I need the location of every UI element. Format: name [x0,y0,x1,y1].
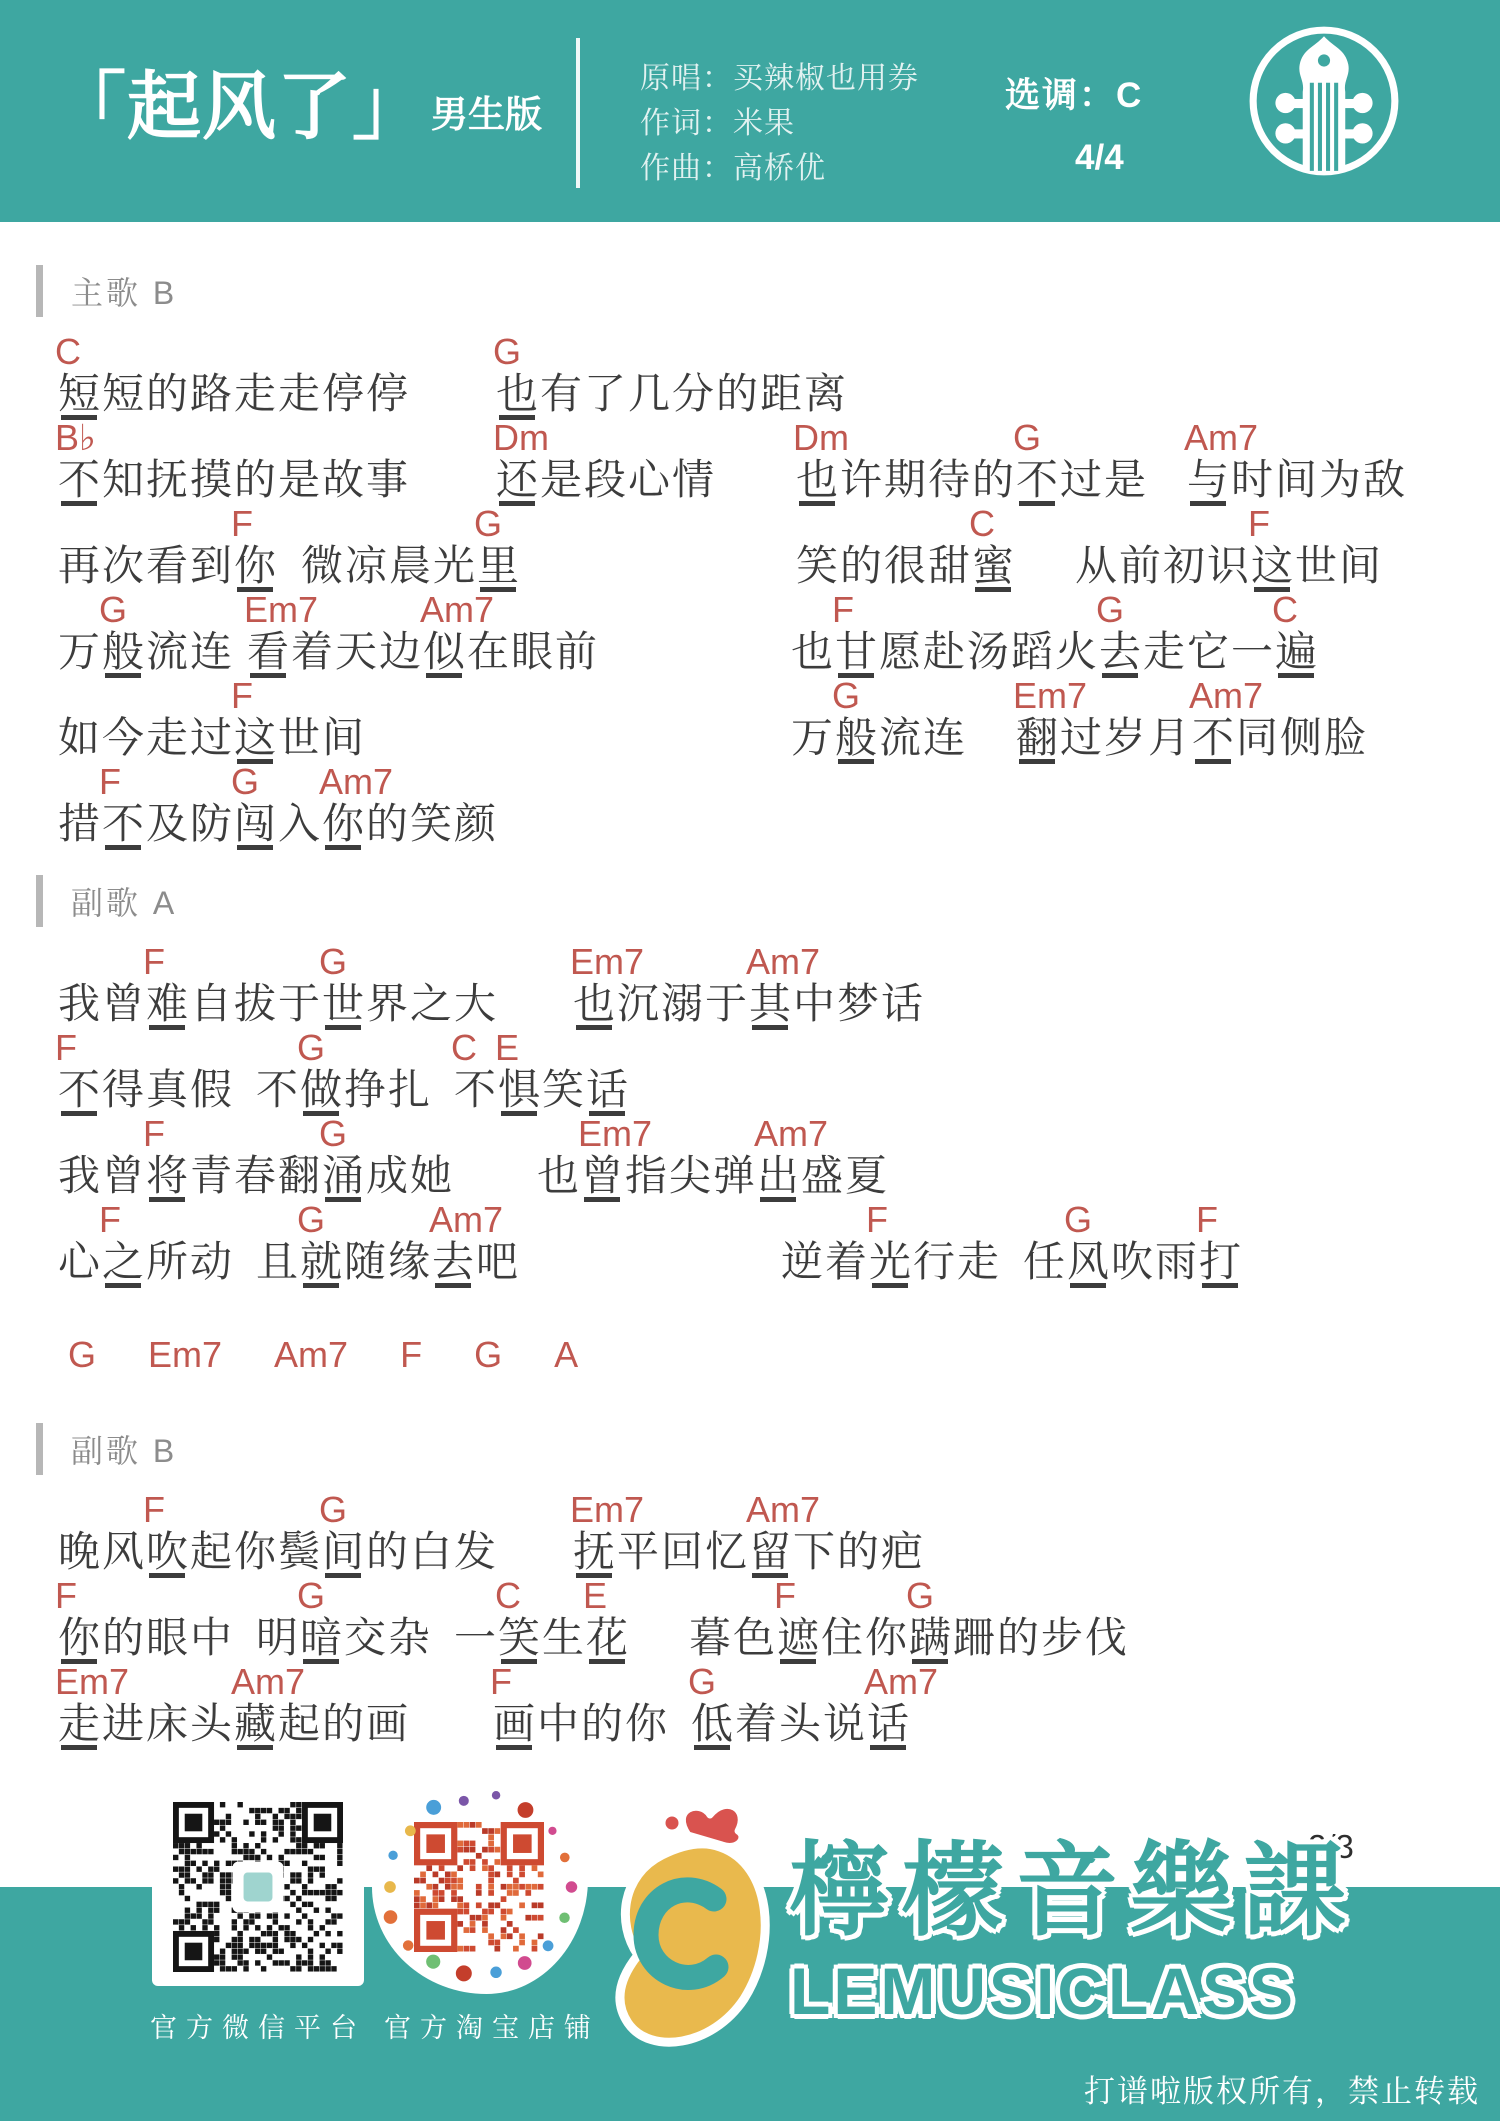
chord-label: Dm [493,420,549,456]
lyric-char: 眼 [145,1616,189,1662]
song-section: 主歌 B短C短的路走走停停也G有了几分的距离不B♭知抚摸的是故事还Dm是段心情也… [0,262,1500,848]
lyric-char: 吹F [145,1530,189,1576]
chord-label: E [495,1030,519,1066]
lyric-segment: 我曾将F青春翻涌G成她 [57,1154,453,1200]
title-wrap: 「起风了」 男生版 [52,70,542,144]
lyric-char: 雨 [1154,1240,1198,1286]
lyric-char: 任 [1022,1240,1066,1286]
lyric-line: 心之F所动 且就G随缘去Am7吧逆着光F行走 任风G吹雨打F [0,1200,1500,1286]
lyric-segment: 笑的很甜蜜C [795,544,1015,590]
lyric-char: 短 [101,372,145,418]
chord-label: Em7 [570,944,644,980]
lyric-char: 间 [1274,458,1318,504]
lyric-char: 到 [189,544,233,590]
lyric-char: 去Am7 [431,1240,475,1286]
lyric-char: 晚 [57,1530,101,1576]
lyric-char: 鬓 [277,1530,321,1576]
lyric-char: 世 [277,716,321,762]
lyric-line: 我曾将F青春翻涌G成她也曾Em7指尖弹出Am7盛夏 [0,1114,1500,1200]
lyric-char: 今 [101,716,145,762]
chord-label: C [451,1030,477,1066]
lyric-char: 的 [233,458,277,504]
lyric-char: 不B♭ [57,458,101,504]
chord-label: G [319,1492,347,1528]
lyric-char: 光F [868,1240,912,1286]
lyric-char: 及 [145,802,189,848]
chord-label: Am7 [746,944,820,980]
lyric-char: 距 [759,372,803,418]
lyric-char: 自 [189,982,233,1028]
lyric-char: 风 [101,1530,145,1576]
credit-line: 作曲：高桥优 [640,146,919,191]
lyric-char: 梦 [836,982,880,1028]
lyric-char: 翻Em7 [1015,716,1059,762]
lyric-char: 月 [1147,716,1191,762]
lyric-char: 蜜C [971,544,1015,590]
chord-label: F [1248,506,1270,542]
lyric-segment: 也Dm许期待的不G过是 [795,458,1147,504]
chord-label: Em7 [1013,678,1087,714]
lyric-char: 还Dm [495,458,539,504]
lyric-char: 颜 [453,802,497,848]
chord-label: C [55,334,81,370]
lyric-char: 也Dm [795,458,839,504]
chord-label: Am7 [420,592,494,628]
lyric-char: 尖 [668,1154,712,1200]
lyric-char: 它 [1186,630,1230,676]
song-title-suffix: 男生版 [431,84,542,144]
lyric-char: 的 [580,1702,624,1748]
lyric-char: 她 [409,1154,453,1200]
lyric-char: 的 [101,1616,145,1662]
lyric-segment: 翻Em7过岁月不Am7同侧脸 [1015,716,1367,762]
credits: 原唱：买辣椒也用券作词：米果作曲：高桥优 [640,56,919,191]
section-marker-bar [36,875,43,927]
lyric-char: 真 [145,1068,189,1114]
chord-label: F [231,506,253,542]
chord-label: G [297,1578,325,1614]
lyric-char: 之 [409,982,453,1028]
lyric-char: 话 [880,982,924,1028]
lyric-char: 的 [839,544,883,590]
lyric-segment: 不B♭知抚摸的是故事 [57,458,409,504]
lyric-char: 走 [145,716,189,762]
lyric-char: 所 [145,1240,189,1286]
lyric-char: 连 [922,716,966,762]
lyric-char: 停 [321,372,365,418]
lyric-char: 头 [778,1702,822,1748]
lyric-char: 的 [365,802,409,848]
lyric-char: 为 [1318,458,1362,504]
lyric-char: 蹈 [1010,630,1054,676]
lyric-char: 吹 [1110,1240,1154,1286]
lyric-char: 留Am7 [748,1530,792,1576]
lyric-char: 离 [803,372,847,418]
lyric-segment: 晚风吹F起你鬓间G的白发 [57,1530,497,1576]
lyric-char: 床 [145,1702,189,1748]
lyric-char: 中 [536,1702,580,1748]
song-section: 副歌 B晚风吹F起你鬓间G的白发抚Em7平回忆留Am7下的疤你F的眼中 明暗G交… [0,1420,1500,1748]
chord-label: Em7 [570,1492,644,1528]
lyric-char: 一 [1230,630,1274,676]
lyric-char: 故 [321,458,365,504]
lyric-char: 光 [432,544,476,590]
lyric-char: 凉 [344,544,388,590]
lyric-char: 时 [1230,458,1274,504]
lyric-char [431,1616,453,1662]
section-marker-bar [36,265,43,317]
lyric-char [431,1068,453,1114]
taobao-qr-label: 官方淘宝店铺 [352,2006,632,2045]
lyric-char: 万 [57,630,101,676]
lyric-char: 间 [1338,544,1382,590]
lyric-char: 拔 [233,982,277,1028]
lyric-char: 难F [145,982,189,1028]
lyric-char: 不Am7 [1191,716,1235,762]
lyric-char: 抚Em7 [572,1530,616,1576]
lyric-char: 入 [277,802,321,848]
lyric-char: 起 [189,1530,233,1576]
chord-label: Em7 [578,1116,652,1152]
chord-label: Am7 [864,1664,938,1700]
lyric-segment: 你F的眼中 明暗G交杂 一笑C生花E [57,1616,629,1662]
lyric-char: 明 [255,1616,299,1662]
section-header: 副歌 A [36,872,1500,930]
lyric-char: 看 [145,544,189,590]
lyric-char: 画 [365,1702,409,1748]
chord-label: F [99,764,121,800]
section-title: 主歌 B [71,268,177,314]
chord-label: Am7 [319,764,393,800]
chord-label: F [1196,1202,1218,1238]
lyric-char: 的 [321,1702,365,1748]
lyric-char: 且 [255,1240,299,1286]
lyric-char: 生 [541,1616,585,1662]
lyric-char: 成 [365,1154,409,1200]
lyric-char: 过 [1059,716,1103,762]
lyric-char: 再 [57,544,101,590]
lyric-char: 走 [1142,630,1186,676]
lyric-char: 般G [834,716,878,762]
lyric-segment: 暮色遮F住你蹒G跚的步伐 [688,1616,1128,1662]
lyric-char: 岁 [1103,716,1147,762]
lyric-char: 也G [495,372,539,418]
lyric-segment: 心之F所动 且就G随缘去Am7吧 [57,1240,519,1286]
lyric-char [1000,1240,1022,1286]
lyric-char: 指 [624,1154,668,1200]
chord-label: F [832,592,854,628]
chord-label: F [490,1664,512,1700]
lyric-line: 如今走过这F世间万般G流连翻Em7过岁月不Am7同侧脸 [0,676,1500,762]
lyric-segment: 万般G流连 [57,630,233,676]
lyric-char: 画F [492,1702,536,1748]
lyric-char: 暗G [299,1616,343,1662]
lyric-char: 不C [453,1068,497,1114]
lyric-char: 很 [883,544,927,590]
lyric-char: 心 [57,1240,101,1286]
lyric-char: 逆 [780,1240,824,1286]
chord-label: C [495,1578,521,1614]
lyric-char: 脸 [1323,716,1367,762]
chord-label: Em7 [55,1664,129,1700]
section-header: 主歌 B [36,262,1500,320]
lyric-char: 走 [233,372,277,418]
lyric-char: 晨 [388,544,432,590]
lyric-char: 走Em7 [57,1702,101,1748]
lyric-segment: 如今走过这F世间 [57,716,365,762]
lyric-char: 心 [627,458,671,504]
chord-label: F [55,1030,77,1066]
lyric-segment: 也甘F愿赴汤蹈火去G走它一遍C [790,630,1318,676]
lyric-char: 中 [189,1616,233,1662]
lyric-segment: 微凉晨光里G [300,544,520,590]
chord-label: G [68,1334,96,1375]
lyric-char: 是 [277,458,321,504]
lyric-char: 不F [101,802,145,848]
chord-sheet-page: 「起风了」 男生版 原唱：买辣椒也用券作词：米果作曲：高桥优 选调：C 4/4 … [0,0,1500,2121]
lyric-char: 回 [660,1530,704,1576]
lyric-char: 着 [734,1702,778,1748]
lyric-char: 同 [1235,716,1279,762]
lyric-char: 你 [864,1616,908,1662]
chord-label: G [1013,420,1041,456]
lyric-char: 笑C [497,1616,541,1662]
lyric-char: 停 [365,372,409,418]
lyric-segment: 画F中的你 低G着头说话Am7 [492,1702,910,1748]
lyric-char: 的 [365,1530,409,1576]
lyric-char: 赴 [922,630,966,676]
chord-label: Am7 [1184,420,1258,456]
section-header: 副歌 B [36,1420,1500,1478]
chord-label: Am7 [746,1492,820,1528]
lyric-char: 段 [583,458,627,504]
lyric-char: 是 [1103,458,1147,504]
lyric-char: 疤 [880,1530,924,1576]
lyric-char: 汤 [966,630,1010,676]
lyric-char: 话 [585,1068,629,1114]
lyric-char: 的 [145,372,189,418]
lyric-segment: 看Em7着天边似Am7在眼前 [246,630,598,676]
lyric-char: 也 [790,630,834,676]
chord-label: G [493,334,521,370]
lyric-char [233,1240,255,1286]
chord-label: B♭ [55,420,96,456]
lyric-char: 的 [996,1616,1040,1662]
lyric-char: 几 [627,372,671,418]
lyric-char: 不F [57,1068,101,1114]
lyric-char: 盛 [800,1154,844,1200]
chord-label: Am7 [754,1116,828,1152]
lyric-char: 说 [822,1702,866,1748]
lyric-segment: 与Am7时间为敌 [1186,458,1406,504]
lyric-segment: 抚Em7平回忆留Am7下的疤 [572,1530,924,1576]
chord-label: F [231,678,253,714]
lyric-segment: 也G有了几分的距离 [495,372,847,418]
lyric-char: 有 [539,372,583,418]
lyric-char: 其Am7 [748,982,792,1028]
lyric-char: 过 [189,716,233,762]
header-divider [576,38,580,188]
lyric-char: 着 [290,630,334,676]
time-signature: 4/4 [1075,138,1124,178]
chord-label: G [297,1030,325,1066]
lyric-line: 短C短的路走走停停也G有了几分的距离 [0,332,1500,418]
lyric-char: 防 [189,802,233,848]
lyric-char: 万 [790,716,834,762]
lyric-segment: 也Em7沉溺于其Am7中梦话 [572,982,924,1028]
chord-label: G [474,506,502,542]
lyric-line: 你F的眼中 明暗G交杂 一笑C生花E暮色遮F住你蹒G跚的步伐 [0,1576,1500,1662]
lyric-char: 侧 [1279,716,1323,762]
lyric-char: 花E [585,1616,629,1662]
chord-label: G [297,1202,325,1238]
lyric-char: 将F [145,1154,189,1200]
chord-label: F [143,1116,165,1152]
credit-line: 原唱：买辣椒也用券 [640,56,919,101]
lyric-segment: 我曾难F自拔于世G界之大 [57,982,497,1028]
logo-chinese-text: 檸檬音樂課 [788,1840,1358,1942]
lyric-char [233,1616,255,1662]
lyric-char: 世 [1294,544,1338,590]
lyric-char: 青 [189,1154,233,1200]
lyric-char: 事 [365,458,409,504]
chord-label: F [400,1334,422,1375]
lyric-char: 流 [878,716,922,762]
chord-label: G [1064,1202,1092,1238]
lyric-char: 闯G [233,802,277,848]
lyric-char: 期 [883,458,927,504]
chord-label: G [99,592,127,628]
chord-label: Am7 [1189,678,1263,714]
lyric-char: 这F [1250,544,1294,590]
lyric-char: 跚 [952,1616,996,1662]
lyric-char: 界 [365,982,409,1028]
lyric-char: 短C [57,372,101,418]
lyric-char: 交 [343,1616,387,1662]
section-title: 副歌 B [71,1426,177,1472]
logo-english-text: LEMUSICLASS [790,1958,1296,2024]
lyric-char: 做G [299,1068,343,1114]
lyric-char [233,1068,255,1114]
lyric-char: 发 [453,1530,497,1576]
lyric-char: 不G [1015,458,1059,504]
chord-label: G [319,1116,347,1152]
lyric-segment: 走Em7进床头藏Am7起的画 [57,1702,409,1748]
lyric-char: 平 [616,1530,660,1576]
lyric-char: 春 [233,1154,277,1200]
lyric-char: 于 [277,982,321,1028]
lyric-line: 我曾难F自拔于世G界之大也Em7沉溺于其Am7中梦话 [0,942,1500,1028]
section-marker-bar [36,1423,43,1475]
lyric-char: 遍C [1274,630,1318,676]
chord-label: F [55,1578,77,1614]
key-label: 选调：C [1005,68,1143,118]
lyric-char: 弹 [712,1154,756,1200]
lyric-char: 措 [57,802,101,848]
lyric-char: 与Am7 [1186,458,1230,504]
lyric-char: 曾 [101,982,145,1028]
lyric-char: 甘F [834,630,878,676]
lyric-char: 连 [189,630,233,676]
lyric-char: 伐 [1084,1616,1128,1662]
lyric-char: 火 [1054,630,1098,676]
lyric-char: 笑 [795,544,839,590]
lyric-char: 走 [956,1240,1000,1286]
lyric-char: 的 [971,458,1015,504]
lyric-char: 话Am7 [866,1702,910,1748]
lyric-line: 措不F及防闯G入你Am7的笑颜 [0,762,1500,848]
lyric-char: 假 [189,1068,233,1114]
lyric-line: 再次看到你F微凉晨光里G笑的很甜蜜C从前初识这F世间 [0,504,1500,590]
lyric-char: 不 [255,1068,299,1114]
chord-label: G [688,1664,716,1700]
lyric-char: 于 [704,982,748,1028]
lyric-segment: 短C短的路走走停停 [57,372,409,418]
chord-label: C [1272,592,1298,628]
lyric-char: 你Am7 [321,802,365,848]
lyric-char: 大 [453,982,497,1028]
lyric-char: 忆 [704,1530,748,1576]
lemon-ear-logo-icon [592,1793,792,2065]
lyric-char: 夏 [844,1154,888,1200]
lyric-char: 分 [671,372,715,418]
lyric-segment: 也曾Em7指尖弹出Am7盛夏 [536,1154,888,1200]
lyric-char: 就G [299,1240,343,1286]
lyric-char: 遮F [776,1616,820,1662]
lyric-char: 从 [1074,544,1118,590]
taobao-qr-code [372,1780,588,1994]
lyric-segment: 逆着光F行走 任风G吹雨打F [780,1240,1242,1286]
chord-label: F [866,1202,888,1238]
lyric-line: 不B♭知抚摸的是故事还Dm是段心情也Dm许期待的不G过是与Am7时间为敌 [0,418,1500,504]
lyric-char [668,1702,690,1748]
lyric-char: 挣 [343,1068,387,1114]
lyric-char: 随 [343,1240,387,1286]
lyric-segment: 还Dm是段心情 [495,458,715,504]
lyric-char: 吧 [475,1240,519,1286]
lyric-char: 起 [277,1702,321,1748]
lyric-char: 中 [792,982,836,1028]
lyric-char: 暮 [688,1616,732,1662]
lyric-char: 前 [1118,544,1162,590]
lyric-char: 我 [57,1154,101,1200]
lyric-char: 微 [300,544,344,590]
chord-label: G [906,1578,934,1614]
lyric-line: 走Em7进床头藏Am7起的画画F中的你 低G着头说话Am7 [0,1662,1500,1748]
lyric-char: 缘 [387,1240,431,1286]
lyric-line: 不F得真假 不做G挣扎 不C惧E笑话 [0,1028,1500,1114]
chord-label: A [554,1334,578,1375]
lyric-char: 待 [927,458,971,504]
lyric-char: 知 [101,458,145,504]
lyric-char: 流 [145,630,189,676]
chord-label: Am7 [274,1334,348,1375]
section-title: 副歌 A [71,878,177,924]
lyric-char: 溺 [660,982,704,1028]
chord-label: F [774,1578,796,1614]
lyric-char: 白 [409,1530,453,1576]
lyric-char: 路 [189,372,233,418]
lyric-char: 是 [539,458,583,504]
ukulele-headstock-icon [1243,20,1405,182]
lyric-segment: 从前初识这F世间 [1074,544,1382,590]
lyric-char: 得 [101,1068,145,1114]
chord-label: G [319,944,347,980]
lyric-char: 间 [321,716,365,762]
lyric-char: 世G [321,982,365,1028]
song-section: 副歌 A我曾难F自拔于世G界之大也Em7沉溺于其Am7中梦话不F得真假 不做G挣… [0,872,1500,1374]
chord-label: G [474,1334,502,1375]
